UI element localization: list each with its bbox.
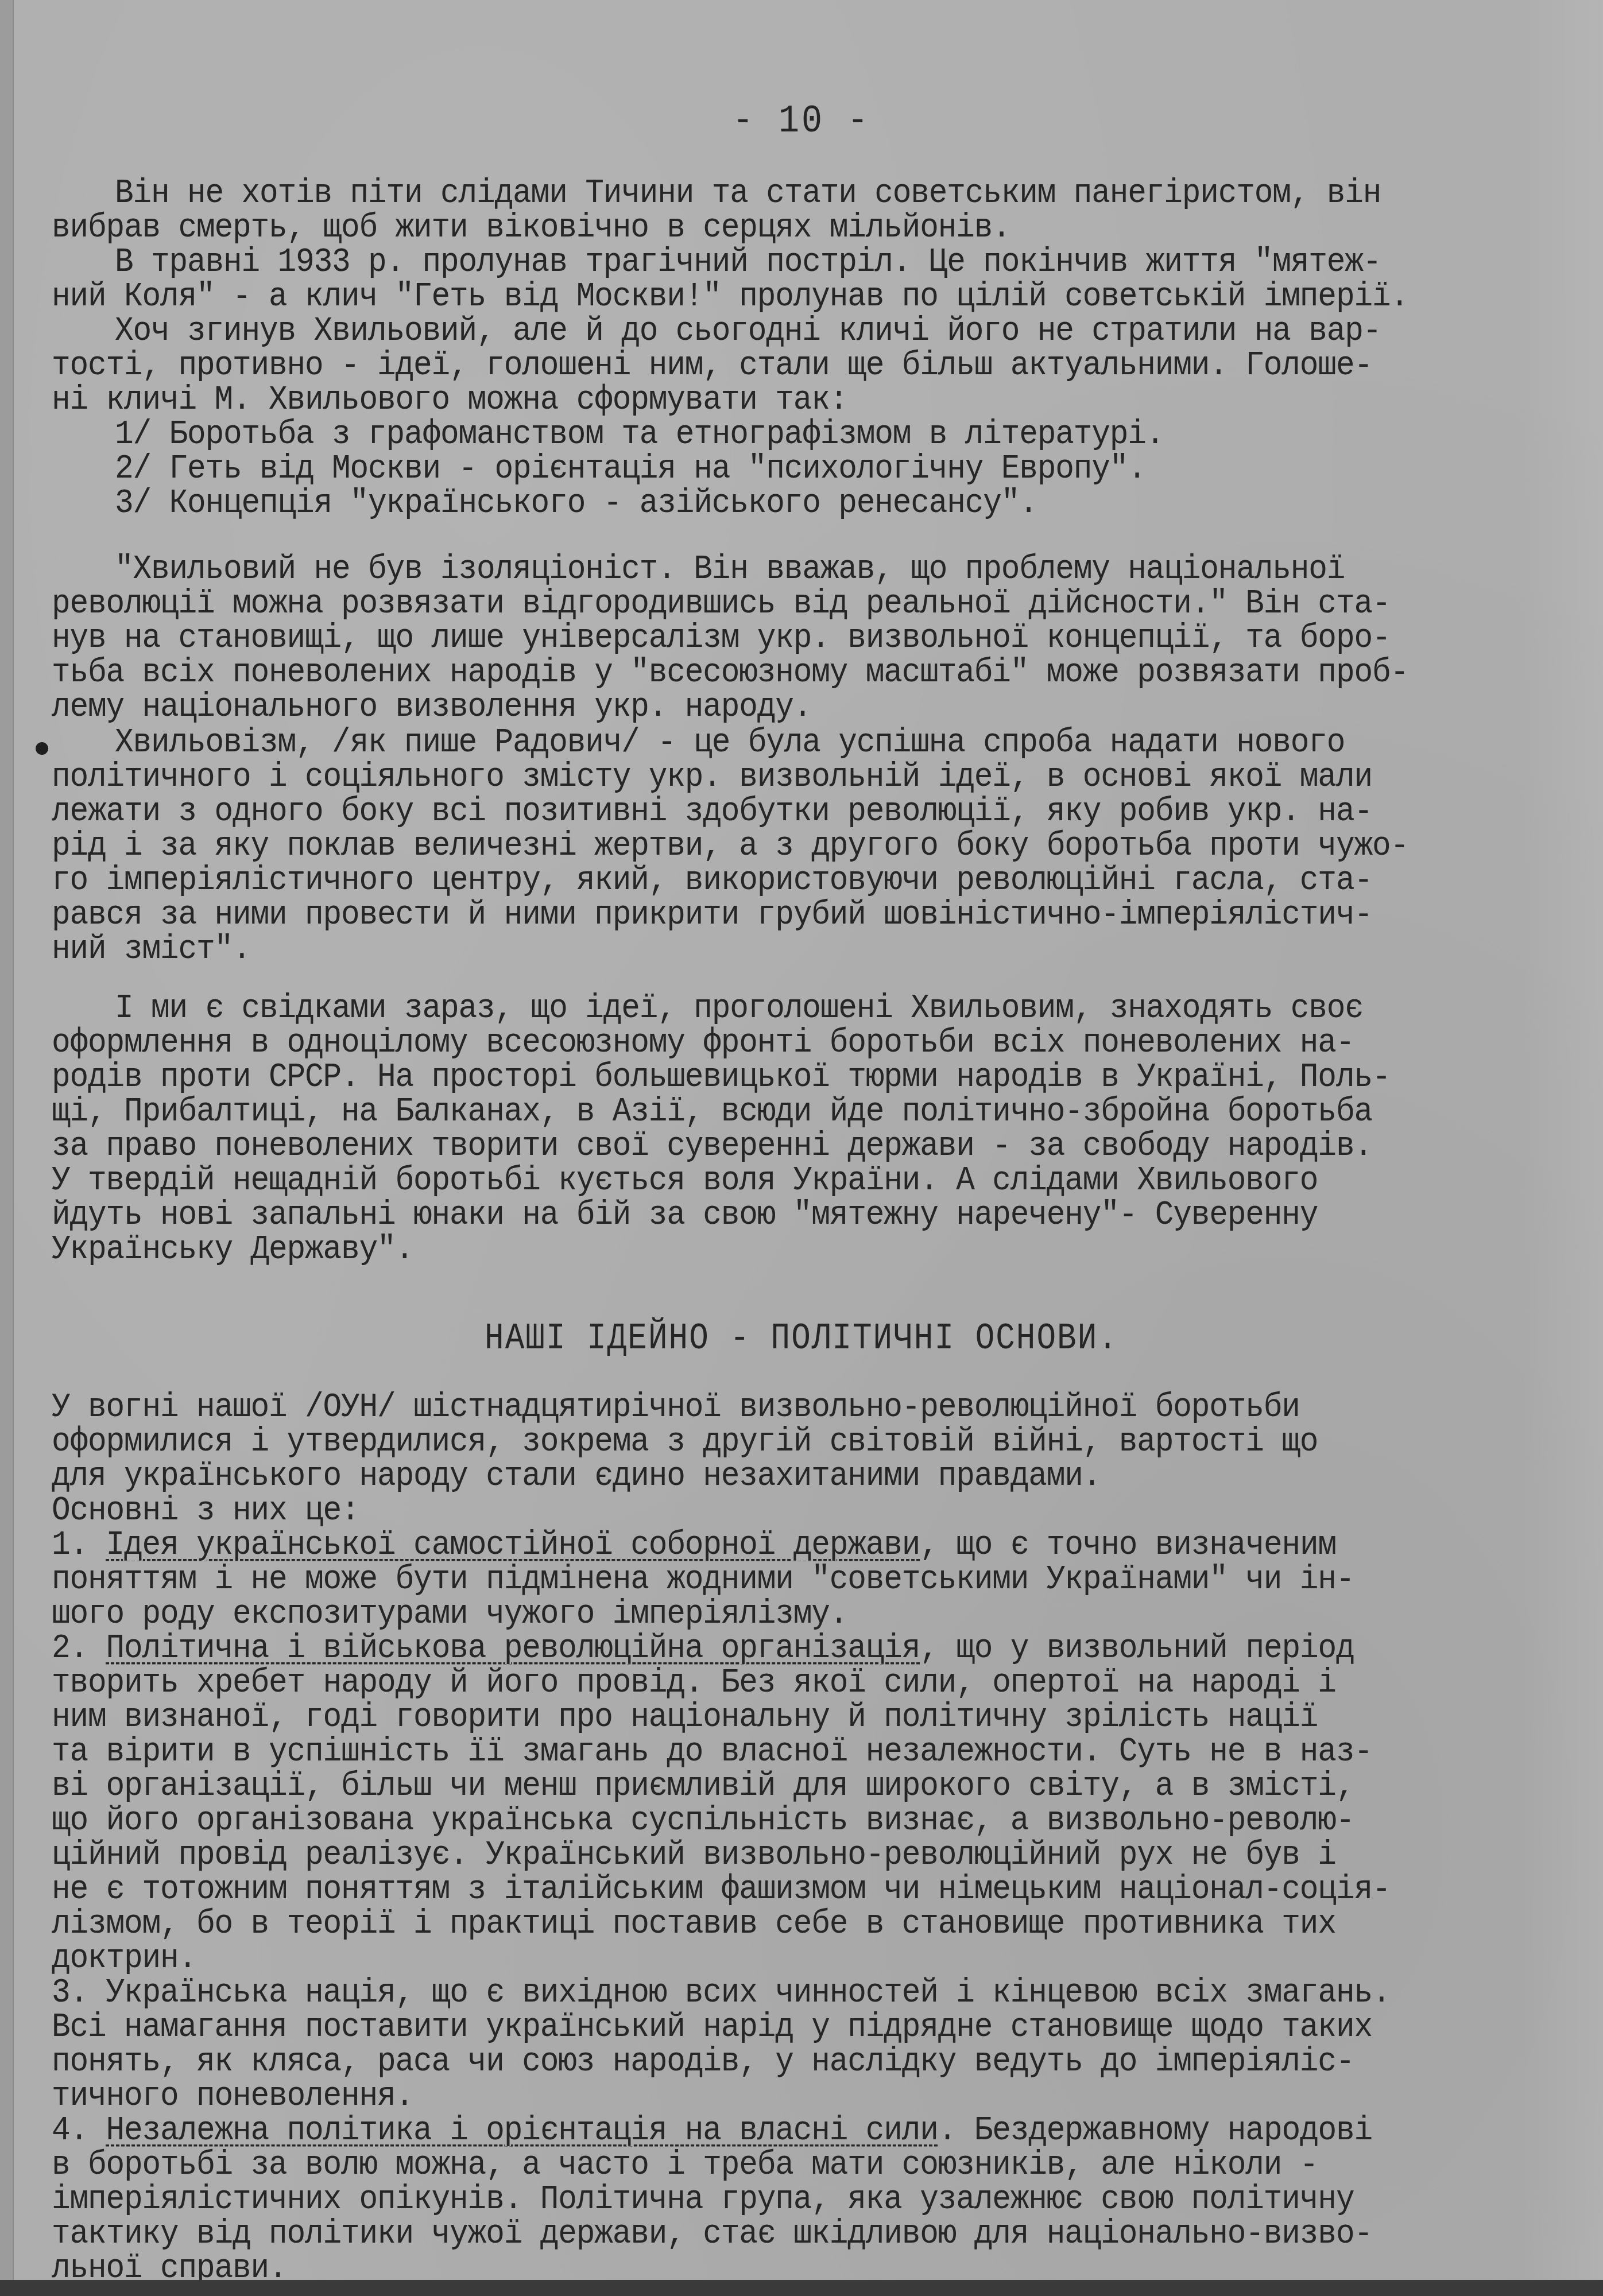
text-line: тьба всіх поневолених народів у "всесоюз… [52, 654, 1556, 692]
text-line: творить хребет народу й його провід. Без… [52, 1665, 1556, 1702]
slogans-list: 1/ Боротьба з графоманством та етнографі… [115, 416, 1603, 519]
text-line: в боротьбі за волю можна, а часто і треб… [52, 2147, 1556, 2185]
slogan-item: 3/ Концепція "українського - азійського … [115, 485, 1603, 523]
text-line: родів проти СРСР. На просторі большевиць… [52, 1059, 1556, 1097]
text-line: Основні з них це: [52, 1492, 1556, 1530]
text-line: революції можна розвязати відгородившись… [52, 585, 1556, 623]
section-intro: У вогні нашої /ОУН/ шістнадцятирічної ви… [52, 1389, 1556, 1527]
text-line: лізмом, бо в теорії і практиці поставив … [52, 1906, 1556, 1944]
text-line: що його організована українська суспільн… [52, 1802, 1556, 1840]
text-line: тості, противно - ідеї, голошені ним, ст… [52, 347, 1556, 385]
text-line: щі, Прибалтиці, на Балканах, в Азії, всю… [52, 1093, 1556, 1131]
section-heading: НАШІ ІДЕЙНО - ПОЛІТИЧНІ ОСНОВИ. [0, 1317, 1603, 1360]
text-line: вибрав смерть, щоб жити віковічно в серц… [52, 210, 1556, 247]
bullet-mark [36, 742, 48, 755]
text-line: рід і за яку поклав величезні жертви, а … [52, 828, 1556, 866]
document-page: - 10 - Він не хотів піти слідами Тичини … [0, 0, 1603, 2296]
text-line: тичного поневолення. [52, 2078, 1556, 2116]
text-line: В травні 1933 р. пролунав трагічний пост… [52, 244, 1556, 282]
page-bottom-edge [0, 2280, 1603, 2296]
text-fragment: , що є точно визначеним [920, 1526, 1336, 1565]
text-line: йдуть нові запальні юнаки на бій за свою… [52, 1197, 1556, 1235]
text-line: ві організації, більш чи менш приємливій… [52, 1768, 1556, 1806]
text-line: У вогні нашої /ОУН/ шістнадцятирічної ви… [52, 1389, 1556, 1427]
text-line: тактику від політики чужої держави, стає… [52, 2216, 1556, 2254]
text-line: доктрин. [52, 1940, 1556, 1978]
text-line: рався за ними провести й ними прикрити г… [52, 897, 1556, 934]
paragraph-witnesses: І ми є свідками зараз, що ідеї, проголош… [52, 990, 1556, 1266]
underlined-principle: Незалежна політика і орієнтація на власн… [106, 2112, 938, 2150]
text-line: го імперіялістичного центру, який, викор… [52, 862, 1556, 900]
list-item-4-first-line: 4. Незалежна політика і орієнтація на вл… [52, 2112, 1556, 2150]
text-line: ні кличі М. Хвильового можна сформувати … [52, 382, 1556, 420]
list-item-3-first-line: 3. Українська нація, що є вихідною всих … [52, 1975, 1556, 2012]
text-line: ним визнаної, годі говорити про націонал… [52, 1699, 1556, 1737]
text-line: за право поневолених творити свої сувере… [52, 1128, 1556, 1166]
underlined-principle: Ідея української самостійної соборної де… [106, 1526, 920, 1565]
list-item-2-first-line: 2. Політична і військова революційна орг… [52, 1630, 1556, 1668]
text-fragment: , що у визвольний період [920, 1630, 1354, 1668]
paragraph-isolationism: "Хвильовий не був ізоляціоніст. Він вваж… [52, 551, 1556, 723]
item-number: 3. [52, 1974, 88, 2012]
text-line: поняттям і не може бути підмінена жодним… [52, 1561, 1556, 1599]
slogan-item: 1/ Боротьба з графоманством та етнографі… [115, 416, 1603, 454]
text-line: Хоч згинув Хвильовий, але й до сьогодні … [52, 313, 1556, 351]
text-line: ційний провід реалізує. Український визв… [52, 1837, 1556, 1875]
text-fragment: . Бездержавному народові [938, 2112, 1372, 2150]
text-line: політичного і соціяльного змісту укр. ви… [52, 759, 1556, 797]
text-line: ний Коля" - а клич "Геть від Москви!" пр… [52, 278, 1556, 316]
slogan-item: 2/ Геть від Москви - орієнтація на "псих… [115, 451, 1603, 488]
text-line: та вірити в успішність її змагань до вла… [52, 1733, 1556, 1771]
text-line: ний зміст". [52, 931, 1556, 969]
page-left-edge [0, 0, 14, 2296]
paragraph-khvylovyi-death: Він не хотів піти слідами Тичини та стат… [52, 175, 1556, 416]
text-line: Всі намагання поставити український нарі… [52, 2009, 1556, 2047]
text-line: лежати з одного боку всі позитивні здобу… [52, 793, 1556, 831]
text-line: "Хвильовий не був ізоляціоніст. Він вваж… [52, 551, 1556, 589]
item-number: 1. [52, 1526, 88, 1565]
text-line: Хвильовізм, /як пише Радович/ - це була … [52, 724, 1556, 762]
text-line: імперіялістичних опікунів. Політична гру… [52, 2181, 1556, 2219]
underlined-principle: Політична і військова революційна органі… [106, 1630, 920, 1668]
text-line: Українську Державу". [52, 1231, 1556, 1269]
text-line: оформлення в одноцілому всесоюзному фрон… [52, 1025, 1556, 1062]
text-line: оформилися і утвердилися, зокрема з друг… [52, 1424, 1556, 1461]
item-number: 2. [52, 1630, 88, 1668]
principles-list: 1. Ідея української самостійної соборної… [52, 1527, 1556, 2285]
text-line: І ми є свідками зараз, що ідеї, проголош… [52, 990, 1556, 1028]
paragraph-khvylovism: Хвильовізм, /як пише Радович/ - це була … [52, 724, 1556, 965]
text-line: Він не хотів піти слідами Тичини та стат… [52, 175, 1556, 213]
text-line: для українського народу стали єдино неза… [52, 1458, 1556, 1496]
text-line: У твердій нещадній боротьбі кується воля… [52, 1162, 1556, 1200]
text-line: шого роду експозитурами чужого імперіялі… [52, 1596, 1556, 1634]
text-line: лему національного визволення укр. народ… [52, 689, 1556, 727]
text-line: понять, як кляса, раса чи союз народів, … [52, 2043, 1556, 2081]
list-item-1-first-line: 1. Ідея української самостійної соборної… [52, 1527, 1556, 1565]
text-line: не є тотожним поняттям з італійським фаш… [52, 1871, 1556, 1909]
text-fragment: Українська нація, що є вихідною всих чин… [106, 1974, 1391, 2012]
page-number: - 10 - [0, 99, 1603, 144]
text-line: нув на становищі, що лише універсалізм у… [52, 620, 1556, 658]
item-number: 4. [52, 2112, 88, 2150]
